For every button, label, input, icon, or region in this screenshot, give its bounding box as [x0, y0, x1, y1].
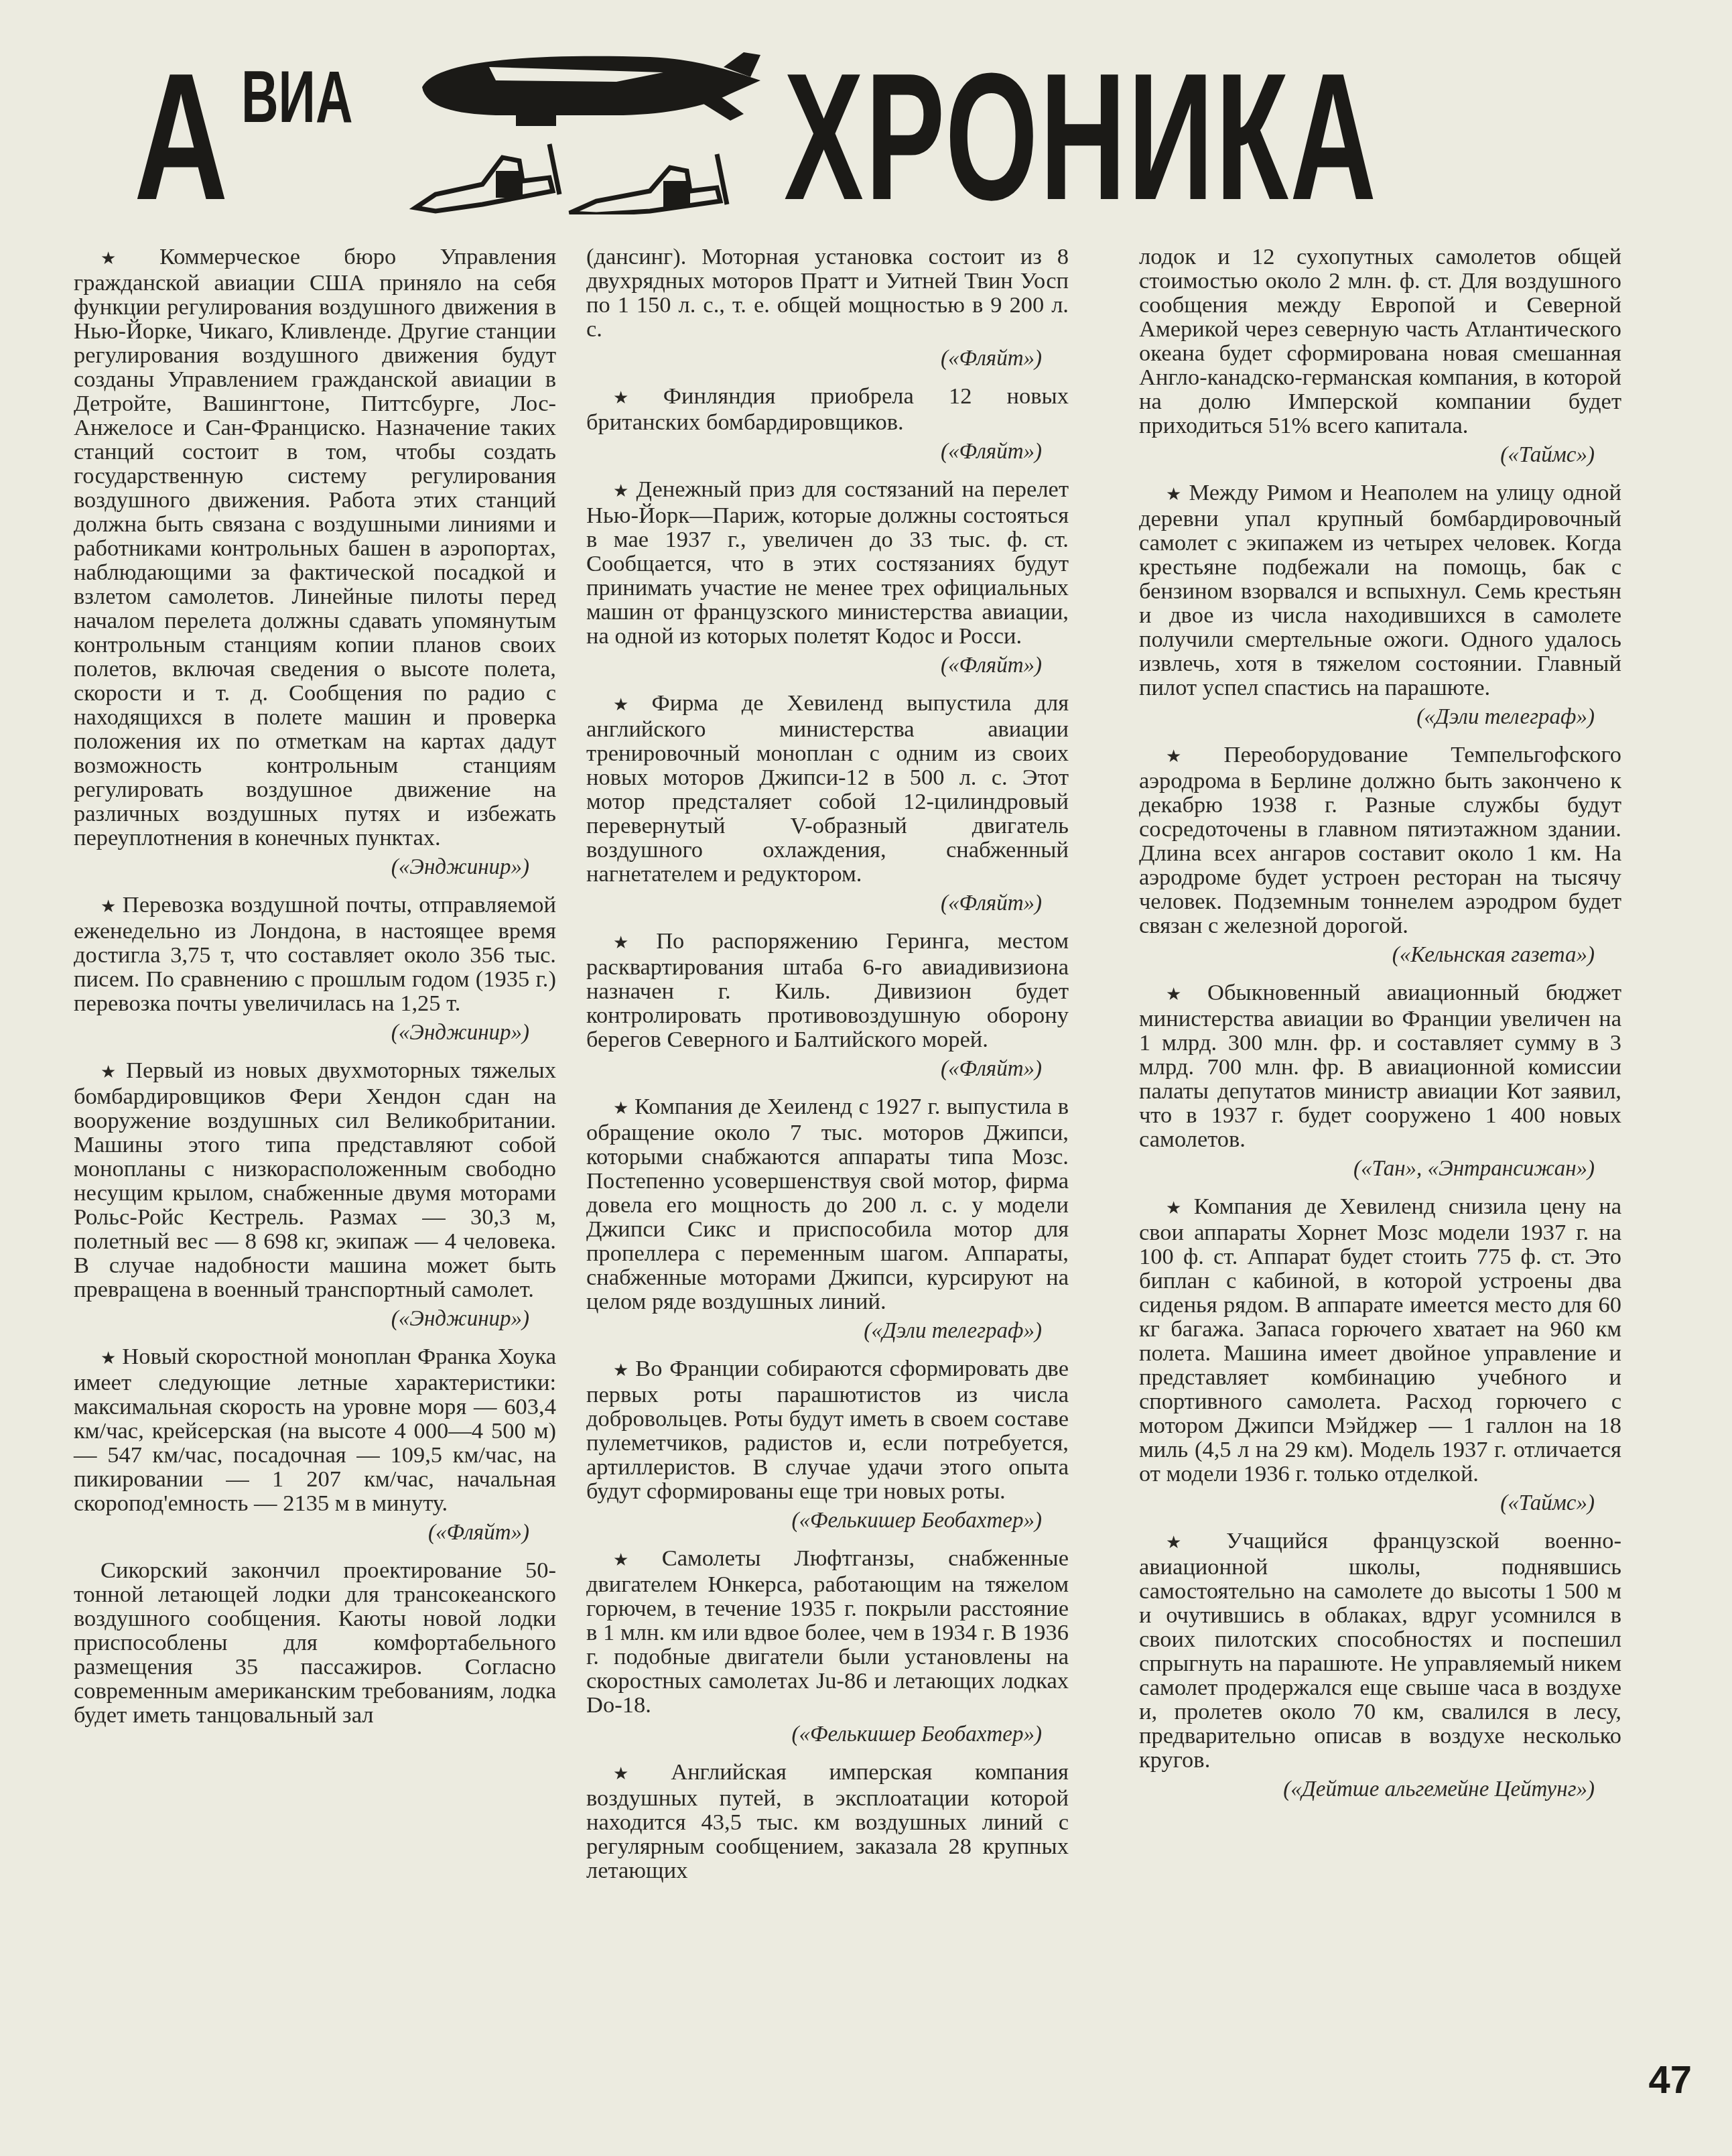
- news-text: По распоряжению Геринга, местом раскварт…: [586, 928, 1069, 1052]
- star-bullet-icon: ★: [613, 1360, 630, 1381]
- news-item: ★Коммерческое бюро Управления гражданско…: [74, 245, 556, 881]
- news-source: («Фляйт»): [586, 652, 1069, 679]
- news-source: («Фелькишер Беобахтер»): [586, 1507, 1069, 1534]
- news-text: Финляндия приобрела 12 новых британских …: [586, 383, 1069, 435]
- news-text: Между Римом и Неаполем на улицу одной де…: [1139, 480, 1621, 700]
- star-bullet-icon: ★: [101, 1348, 117, 1369]
- airship-and-airplanes-icon: [395, 40, 784, 214]
- news-text: Во Франции собираются сформировать две п…: [586, 1356, 1069, 1504]
- news-item: ★Компания де Хевиленд снизила цену на св…: [1139, 1194, 1621, 1517]
- news-item: ★Учащийся французской военно-авиационной…: [1139, 1529, 1621, 1803]
- news-item: ★Денежный приз для состязаний на перелет…: [586, 477, 1069, 679]
- star-bullet-icon: ★: [613, 695, 647, 715]
- news-text: Учащийся французской военно-авиационной …: [1139, 1528, 1621, 1773]
- news-text: Первый из новых двухмоторных тяжелых бом…: [74, 1058, 556, 1302]
- news-item: ★Английская имперская компания воздушных…: [586, 1760, 1069, 1883]
- news-source: («Фелькишер Беобахтер»): [586, 1721, 1069, 1748]
- news-item: Сикорский закончил проектирование 50-тон…: [74, 1558, 556, 1727]
- news-text: Сикорский закончил проектирование 50-тон…: [74, 1558, 556, 1728]
- news-source: («Дейтше альгемейне Цейтунг»): [1139, 1776, 1621, 1803]
- star-bullet-icon: ★: [613, 1764, 665, 1784]
- news-text: Компания де Хевиленд снизила цену на сво…: [1139, 1194, 1621, 1486]
- star-bullet-icon: ★: [613, 933, 651, 953]
- title-small-letters: ВИА: [241, 60, 353, 134]
- masthead: А ВИА ХРОНИКА: [134, 34, 1608, 214]
- star-bullet-icon: ★: [613, 388, 658, 408]
- news-source: («Кельнская газета»): [1139, 942, 1621, 968]
- star-bullet-icon: ★: [101, 249, 154, 269]
- news-source: («Фляйт»): [586, 345, 1069, 372]
- news-item: ★Фирма де Хевиленд выпустила для английс…: [586, 691, 1069, 917]
- news-text: (дансинг). Моторная установка состоит из…: [586, 244, 1069, 342]
- news-item: ★Компания де Хеиленд с 1927 г. выпустила…: [586, 1094, 1069, 1344]
- news-item: ★По распоряжению Геринга, местом расквар…: [586, 929, 1069, 1082]
- news-text: Коммерческое бюро Управления гражданской…: [74, 244, 556, 850]
- news-text: Обыкновенный авиационный бюджет министер…: [1139, 980, 1621, 1152]
- news-item: ★Между Римом и Неаполем на улицу одной д…: [1139, 481, 1621, 731]
- news-text: Компания де Хеиленд с 1927 г. выпустила …: [586, 1094, 1069, 1314]
- news-source: («Таймс»): [1139, 1490, 1621, 1517]
- news-source: («Дэли телеграф»): [586, 1318, 1069, 1344]
- star-bullet-icon: ★: [613, 1098, 629, 1119]
- star-bullet-icon: ★: [1166, 747, 1219, 767]
- news-text: Переоборудование Темпельгофского аэродро…: [1139, 742, 1621, 938]
- star-bullet-icon: ★: [613, 1550, 657, 1570]
- news-text: лодок и 12 сухопутных самолетов общей ст…: [1139, 244, 1621, 438]
- star-bullet-icon: ★: [1166, 1533, 1221, 1553]
- news-item: ★Во Франции собираются сформировать две …: [586, 1356, 1069, 1534]
- news-source: («Дэли телеграф»): [1139, 704, 1621, 731]
- title-main-word: ХРОНИКА: [784, 47, 1378, 228]
- news-item: ★Новый скоростной моноплан Франка Хоука …: [74, 1344, 556, 1546]
- article-columns: ★Коммерческое бюро Управления гражданско…: [74, 245, 1668, 2121]
- news-source: («Таймс»): [1139, 442, 1621, 468]
- news-source: («Фляйт»): [586, 890, 1069, 917]
- news-source: («Фляйт»): [586, 1056, 1069, 1082]
- news-item: ★Перевозка воздушной почты, отправляемой…: [74, 893, 556, 1046]
- page-number: 47: [1648, 2057, 1692, 2102]
- title-first-letter: А: [134, 47, 226, 228]
- star-bullet-icon: ★: [101, 897, 117, 917]
- news-source: («Тан», «Энтрансижан»): [1139, 1155, 1621, 1182]
- column-1: ★Коммерческое бюро Управления гражданско…: [74, 245, 556, 1727]
- news-item: ★Первый из новых двухмоторных тяжелых бо…: [74, 1058, 556, 1332]
- news-source: («Энджинир»): [74, 1306, 556, 1332]
- news-item-continued: лодок и 12 сухопутных самолетов общей ст…: [1139, 245, 1621, 468]
- news-text: Денежный приз для состязаний на перелет …: [586, 477, 1069, 649]
- news-text: Самолеты Люфтганзы, снабженные двигателе…: [586, 1545, 1069, 1718]
- news-source: («Фляйт»): [74, 1519, 556, 1546]
- star-bullet-icon: ★: [613, 481, 630, 501]
- column-2: (дансинг). Моторная установка состоит из…: [586, 245, 1069, 1883]
- star-bullet-icon: ★: [1166, 1198, 1189, 1218]
- star-bullet-icon: ★: [1166, 485, 1184, 505]
- column-3: лодок и 12 сухопутных самолетов общей ст…: [1139, 245, 1621, 1815]
- news-text: Фирма де Хевиленд выпустила для английск…: [586, 690, 1069, 887]
- news-item: ★Финляндия приобрела 12 новых британских…: [586, 384, 1069, 465]
- news-item-continued: (дансинг). Моторная установка состоит из…: [586, 245, 1069, 372]
- star-bullet-icon: ★: [101, 1062, 121, 1082]
- news-source: («Энджинир»): [74, 854, 556, 881]
- news-source: («Фляйт»): [586, 438, 1069, 465]
- news-item: ★Обыкновенный авиационный бюджет министе…: [1139, 980, 1621, 1182]
- news-text: Перевозка воздушной почты, отправляемой …: [74, 892, 556, 1016]
- news-item: ★Переоборудование Темпельгофского аэродр…: [1139, 743, 1621, 968]
- news-item: ★Самолеты Люфтганзы, снабженные двигател…: [586, 1546, 1069, 1748]
- news-source: («Энджинир»): [74, 1019, 556, 1046]
- news-text: Новый скоростной моноплан Франка Хоука и…: [74, 1344, 556, 1516]
- star-bullet-icon: ★: [1166, 985, 1202, 1005]
